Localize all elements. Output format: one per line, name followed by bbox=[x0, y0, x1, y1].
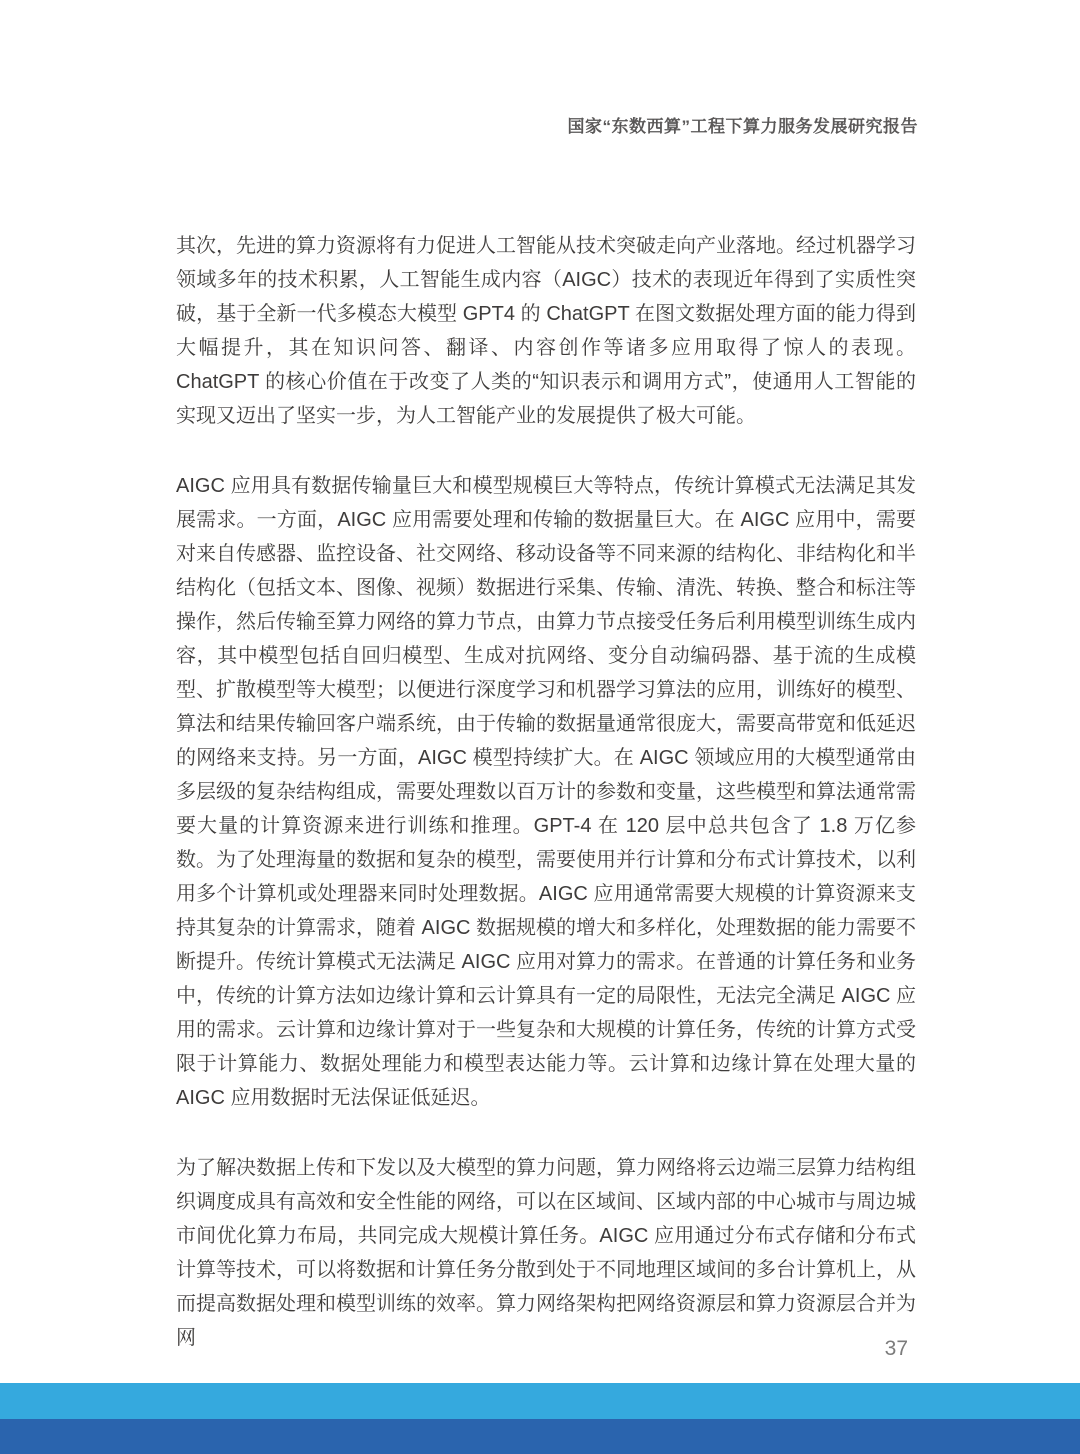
body-text-block: 其次，先进的算力资源将有力促进人工智能从技术突破走向产业落地。经过机器学习领域多… bbox=[176, 229, 916, 1355]
body-paragraph: AIGC 应用具有数据传输量巨大和模型规模巨大等特点，传统计算模式无法满足其发展… bbox=[176, 469, 916, 1115]
footer-bar-light bbox=[0, 1383, 1080, 1419]
body-paragraph: 为了解决数据上传和下发以及大模型的算力问题，算力网络将云边端三层算力结构组织调度… bbox=[176, 1151, 916, 1355]
report-title-header: 国家“东数西算”工程下算力服务发展研究报告 bbox=[568, 112, 919, 137]
footer-bar-dark bbox=[0, 1419, 1080, 1454]
document-page: 国家“东数西算”工程下算力服务发展研究报告 其次，先进的算力资源将有力促进人工智… bbox=[0, 0, 1080, 1454]
page-number: 37 bbox=[885, 1337, 908, 1361]
body-paragraph: 其次，先进的算力资源将有力促进人工智能从技术突破走向产业落地。经过机器学习领域多… bbox=[176, 229, 916, 433]
